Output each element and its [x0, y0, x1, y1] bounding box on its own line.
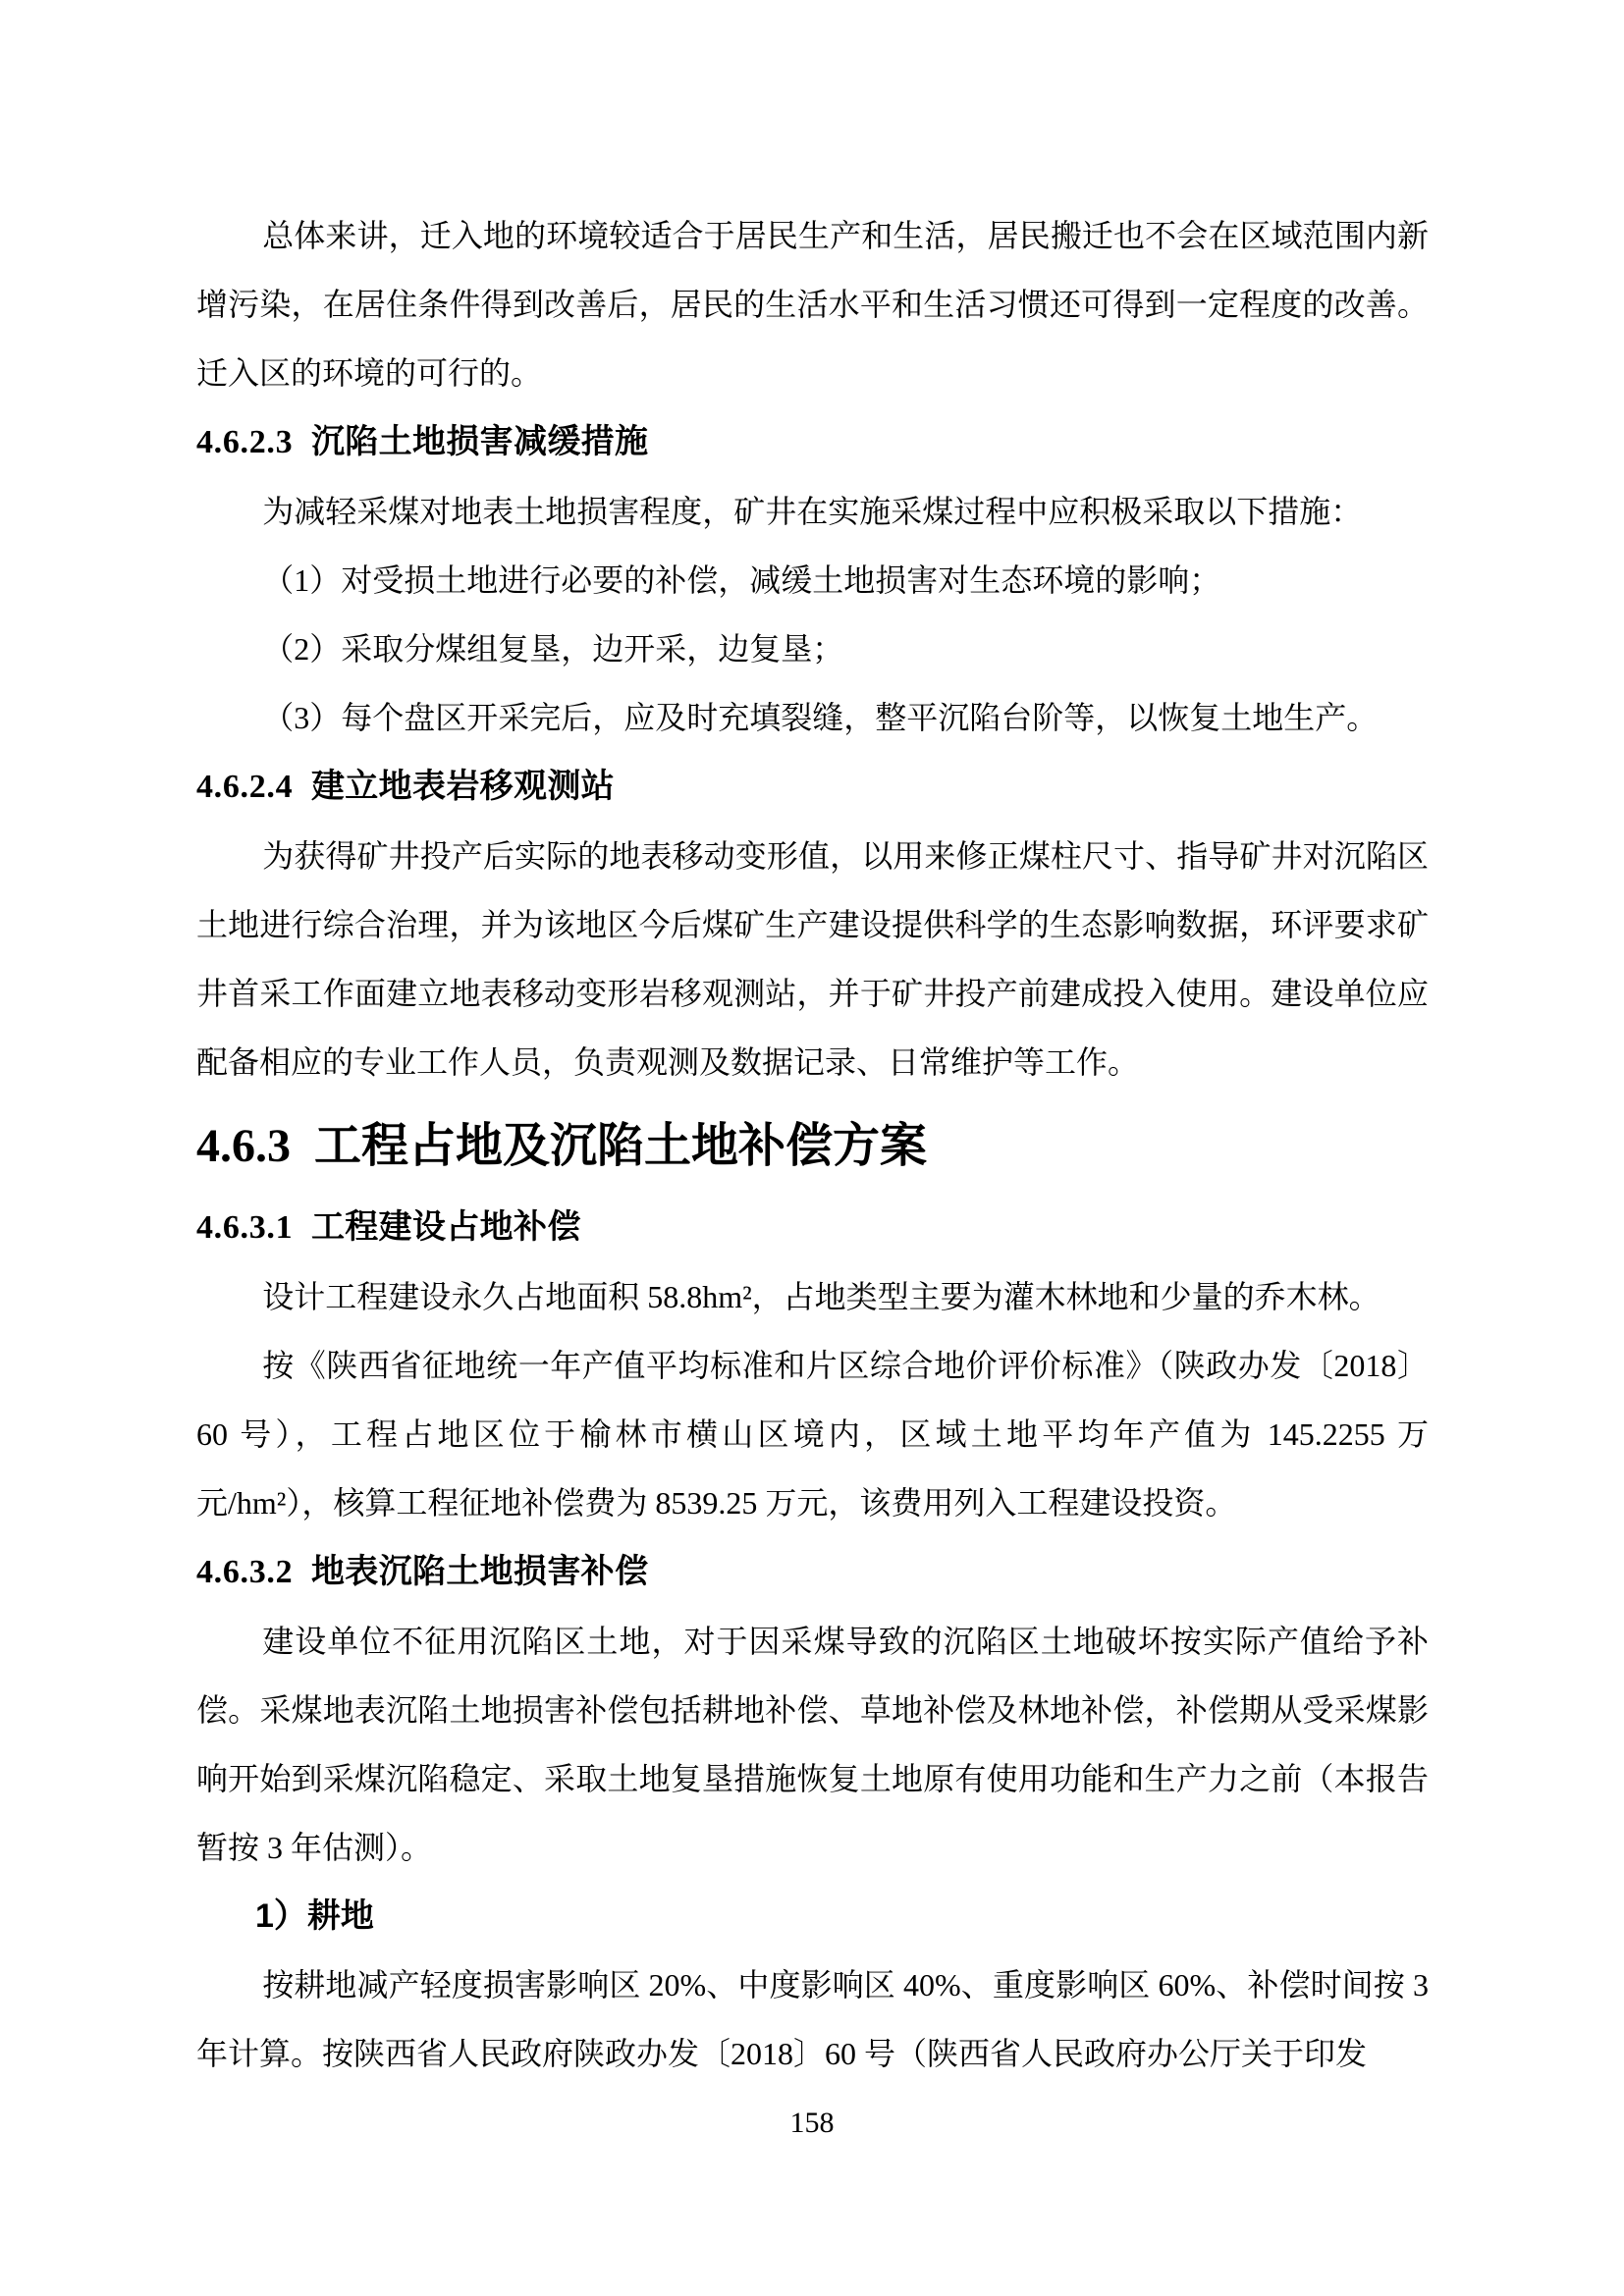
section-number: 4.6.2.4: [196, 769, 293, 805]
document-body: 总体来讲，迁入地的环境较适合于居民生产和生活，居民搬迁也不会在区域范围内新增污染…: [196, 201, 1429, 2088]
paragraph-land-occupation-area: 设计工程建设永久占地面积 58.8hm²，占地类型主要为灌木林地和少量的乔木林。: [196, 1262, 1429, 1331]
section-heading-4-6-3: 4.6.3工程占地及沉陷土地补偿方案: [196, 1108, 1429, 1185]
section-title: 工程建设占地补偿: [311, 1208, 581, 1246]
paragraph-relocation-summary: 总体来讲，迁入地的环境较适合于居民生产和生活，居民搬迁也不会在区域范围内新增污染…: [196, 201, 1429, 407]
section-heading-4-6-3-1: 4.6.3.1工程建设占地补偿: [196, 1193, 1429, 1262]
section-heading-4-6-2-4: 4.6.2.4建立地表岩移观测站: [196, 752, 1429, 822]
subheading-cultivated-land: 1）耕地: [255, 1882, 1429, 1950]
section-number: 4.6.3: [196, 1120, 291, 1172]
paragraph-cultivated-land-detail: 按耕地减产轻度损害影响区 20%、中度影响区 40%、重度影响区 60%、补偿时…: [196, 1950, 1429, 2088]
section-heading-4-6-2-3: 4.6.2.3沉陷土地损害减缓措施: [196, 407, 1429, 477]
page-number: 158: [0, 2107, 1624, 2140]
section-title: 工程占地及沉陷土地补偿方案: [314, 1120, 927, 1172]
list-item-1: （1）对受损土地进行必要的补偿，减缓土地损害对生态环境的影响；: [196, 546, 1429, 614]
paragraph-compensation-standard: 按《陕西省征地统一年产值平均标准和片区综合地价评价标准》（陕政办发〔2018〕6…: [196, 1331, 1429, 1537]
section-title: 地表沉陷土地损害补偿: [311, 1553, 648, 1590]
list-item-2: （2）采取分煤组复垦，边开采，边复垦；: [196, 614, 1429, 683]
section-number: 4.6.2.3: [196, 424, 293, 460]
list-item-3: （3）每个盘区开采完后，应及时充填裂缝，整平沉陷台阶等，以恢复土地生产。: [196, 683, 1429, 752]
paragraph-observation-station: 为获得矿井投产后实际的地表移动变形值，以用来修正煤柱尺寸、指导矿井对沉陷区土地进…: [196, 822, 1429, 1096]
paragraph-mitigation-intro: 为减轻采煤对地表土地损害程度，矿井在实施采煤过程中应积极采取以下措施：: [196, 477, 1429, 546]
paragraph-subsidence-compensation: 建设单位不征用沉陷区土地，对于因采煤导致的沉陷区土地破坏按实际产值给予补偿。采煤…: [196, 1607, 1429, 1882]
section-number: 4.6.3.1: [196, 1209, 293, 1246]
section-title: 建立地表岩移观测站: [311, 768, 615, 805]
section-number: 4.6.3.2: [196, 1554, 293, 1590]
section-title: 沉陷土地损害减缓措施: [311, 423, 648, 460]
document-page: 总体来讲，迁入地的环境较适合于居民生产和生活，居民搬迁也不会在区域范围内新增污染…: [0, 0, 1624, 2296]
section-heading-4-6-3-2: 4.6.3.2地表沉陷土地损害补偿: [196, 1537, 1429, 1607]
